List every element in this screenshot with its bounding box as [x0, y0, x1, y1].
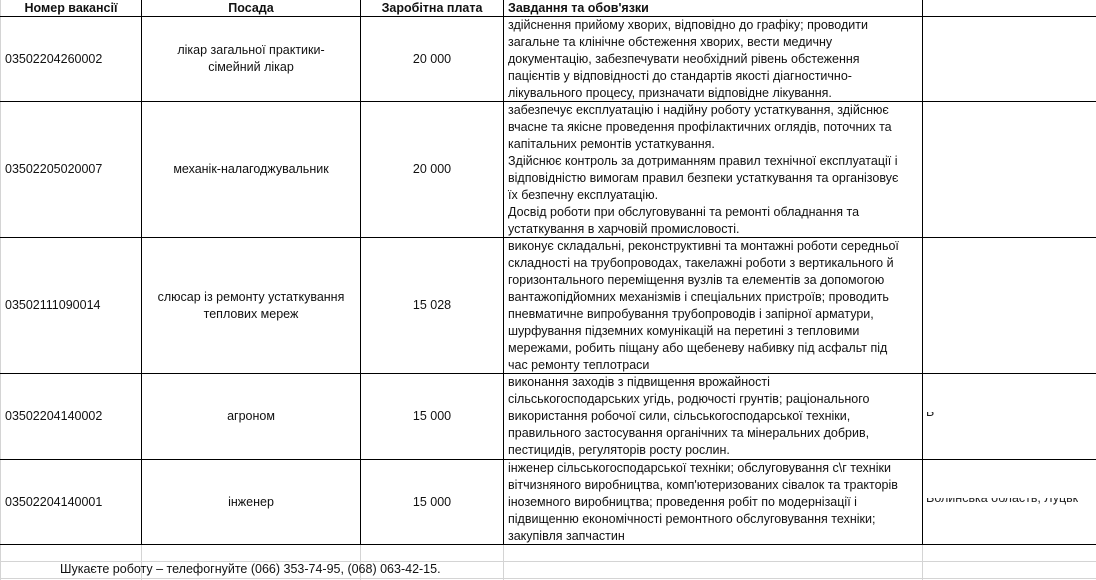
cell-position[interactable]: лікар загальної практики-сімейний лікар — [142, 17, 360, 101]
duties-line: шурфування підземних комунікацій на пере… — [508, 323, 922, 340]
duties-line: здійснення прийому хворих, відповідно до… — [508, 17, 922, 34]
duties-line: лікувального процесу, призначати відпові… — [508, 85, 922, 101]
duties-line: виконує складальні, реконструктивні та м… — [508, 238, 922, 255]
cell-extra[interactable] — [923, 17, 1096, 101]
duties-line: використання робочої сили, сільськогоспо… — [508, 408, 922, 425]
cell-position[interactable]: агроном — [142, 374, 360, 459]
duties-line: правильного застосування органічних та м… — [508, 425, 922, 442]
duties-line: устаткування в харчовій промисловості. — [508, 221, 922, 237]
cell-duties[interactable]: виконує складальні, реконструктивні та м… — [504, 238, 922, 373]
cell-vacancy-number[interactable]: 03502204140001 — [1, 460, 141, 544]
duties-line: підвищенню економічності ремонтного обсл… — [508, 511, 922, 528]
duties-line: вантажопідйомних механізмів і спеціальни… — [508, 289, 922, 306]
duties-line: складності на трубопроводах, такелажні р… — [508, 255, 922, 272]
clipped-text: Б — [926, 412, 934, 421]
cell-vacancy-number[interactable]: 03502204260002 — [1, 17, 141, 101]
footer-contact-text[interactable]: Шукаєте роботу – телефогнуйте (066) 353-… — [60, 561, 441, 578]
duties-line: пацієнтів у відповідності до стандартів … — [508, 68, 922, 85]
clipped-text: Волинська область, Луцьк — [926, 498, 1078, 507]
header-position[interactable]: Посада — [142, 0, 360, 16]
duties-line: їх безпечну експлуатацію. — [508, 187, 922, 204]
cell-position[interactable]: інженер — [142, 460, 360, 544]
duties-line: капітальних ремонтів устаткування. — [508, 136, 922, 153]
cell-salary[interactable]: 20 000 — [361, 17, 503, 101]
cell-vacancy-number[interactable]: 03502205020007 — [1, 102, 141, 237]
spreadsheet: Номер вакансії Посада Заробітна плата За… — [0, 0, 1096, 580]
duties-line: пестицидів, регуляторів росту рослин. — [508, 442, 922, 459]
header-extra[interactable] — [923, 0, 1096, 16]
duties-line: відповідністю вимогам правил безпеки уст… — [508, 170, 922, 187]
gridline — [503, 545, 504, 580]
duties-line: мережами, робить піщану або щебеневу наб… — [508, 340, 922, 357]
duties-line: Досвід роботи при обслуговуванні та ремо… — [508, 204, 922, 221]
duties-line: вчасне та якісне проведення профілактичн… — [508, 119, 922, 136]
duties-line: документацію, забезпечувати необхідний р… — [508, 51, 922, 68]
cell-position[interactable]: слюсар із ремонту устаткування теплових … — [142, 238, 360, 373]
cell-vacancy-number[interactable]: 03502204140002 — [1, 374, 141, 459]
cell-salary[interactable]: 20 000 — [361, 102, 503, 237]
duties-line: виконання заходів з підвищення врожайнос… — [508, 374, 922, 391]
header-vacancy-number[interactable]: Номер вакансії — [1, 0, 141, 16]
duties-line: забезпечує експлуатацію і надійну роботу… — [508, 102, 922, 119]
duties-line: пневматичне випробування трубопроводів і… — [508, 306, 922, 323]
duties-line: час ремонту теплотраси — [508, 357, 922, 373]
cell-vacancy-number[interactable]: 03502111090014 — [1, 238, 141, 373]
duties-line: вітчизняного виробництва, комп'ютеризова… — [508, 477, 922, 494]
duties-line: сільськогосподарських угідь, родючості г… — [508, 391, 922, 408]
cell-extra[interactable]: Волинська область, Луцьк — [923, 460, 1096, 544]
header-salary[interactable]: Заробітна плата — [361, 0, 503, 16]
row-border — [0, 544, 1096, 545]
cell-salary[interactable]: 15 000 — [361, 460, 503, 544]
duties-line: іноземного виробництва; проведення робіт… — [508, 494, 922, 511]
duties-line: загальне та клінічне обстеження хворих, … — [508, 34, 922, 51]
duties-line: горизонтального переміщення вузлів та ел… — [508, 272, 922, 289]
gridline — [922, 545, 923, 580]
cell-extra[interactable] — [923, 102, 1096, 237]
gridline — [0, 578, 1096, 579]
duties-line: закупівля запчастин — [508, 528, 922, 544]
cell-duties[interactable]: здійснення прийому хворих, відповідно до… — [504, 17, 922, 101]
cell-position[interactable]: механік-налагоджувальник — [142, 102, 360, 237]
header-duties[interactable]: Завдання та обов'язки — [504, 0, 922, 16]
cell-duties[interactable]: інженер сільськогосподарської техніки; о… — [504, 460, 922, 544]
duties-line: інженер сільськогосподарської техніки; о… — [508, 460, 922, 477]
cell-salary[interactable]: 15 028 — [361, 238, 503, 373]
cell-salary[interactable]: 15 000 — [361, 374, 503, 459]
duties-line: Здійснює контроль за дотриманням правил … — [508, 153, 922, 170]
cell-extra[interactable] — [923, 238, 1096, 373]
cell-extra[interactable]: Б — [923, 374, 1096, 459]
cell-duties[interactable]: забезпечує експлуатацію і надійну роботу… — [504, 102, 922, 237]
cell-duties[interactable]: виконання заходів з підвищення врожайнос… — [504, 374, 922, 459]
